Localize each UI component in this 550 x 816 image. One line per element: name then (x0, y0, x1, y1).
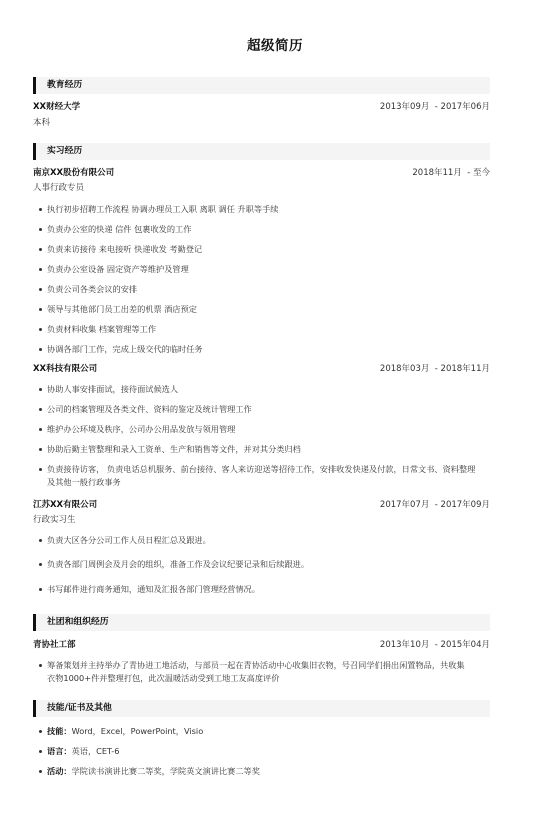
bullet-text: 负责办公室的快递 信件 包裹收发的工作 (47, 224, 191, 234)
job-title: 人事行政专员 (33, 182, 84, 195)
bullet-text: 负责办公室设备 固定资产等维护及管理 (47, 264, 189, 274)
bullet-icon (39, 448, 42, 451)
bullet-icon (39, 228, 42, 231)
club-entry: 青协社工部 2013年10月 - 2015年04月 (33, 639, 490, 652)
club-name: 青协社工部 (33, 639, 76, 652)
bullet-icon (39, 328, 42, 331)
company-name: XX科技有限公司 (33, 363, 97, 376)
school-name: XX财经大学 (33, 101, 80, 114)
section-education: 教育经历 (33, 77, 490, 94)
section-skills: 技能/证书及其他 (33, 700, 490, 717)
list-item: 负责来访接待 来电接听 快递收发 考勤登记 (39, 243, 479, 256)
company-name: 南京XX股份有限公司 (33, 167, 114, 180)
list-item: 公司的档案管理及各类文件、资料的鉴定及统计管理工作 (39, 403, 479, 416)
list-item: 领导与其他部门员工出差的机票 酒店预定 (39, 303, 479, 316)
bullet-text: 协调各部门工作，完成上级交代的临时任务 (47, 344, 203, 354)
bullet-icon (39, 428, 42, 431)
bullet-icon (39, 539, 42, 542)
bullet-text: 负责大区各分公司工作人员日程汇总及跟进。 (47, 535, 211, 545)
bullet-icon (39, 468, 42, 471)
bullet-icon (39, 588, 42, 591)
bullet-text: 协助后勤主管整理和录入工资单、生产和销售等文件，并对其分类归档 (47, 444, 301, 454)
bullet-text: 领导与其他部门员工出差的机票 酒店预定 (47, 304, 197, 314)
section-internship: 实习经历 (33, 143, 490, 160)
list-item: 负责办公室设备 固定资产等维护及管理 (39, 263, 479, 276)
list-item: 负责公司各类会议的安排 (39, 283, 479, 296)
bullet-icon (39, 308, 42, 311)
skill-value: 学院读书演讲比赛二等奖，学院英文演讲比赛二等奖 (72, 766, 260, 776)
date-range: 2013年09月 - 2017年06月 (380, 101, 490, 114)
list-item: 执行初步招聘工作流程 协调办理员工入职 离职 调任 升职等手续 (39, 203, 479, 216)
section-heading: 技能/证书及其他 (47, 702, 112, 715)
section-heading: 教育经历 (47, 79, 82, 92)
bullet-text: 公司的档案管理及各类文件、资料的鉴定及统计管理工作 (47, 404, 252, 414)
date-range: 2018年11月 - 至今 (412, 167, 490, 180)
bullet-icon (39, 208, 42, 211)
date-range: 2013年10月 - 2015年04月 (380, 639, 490, 652)
bullet-text: 负责公司各类会议的安排 (47, 284, 137, 294)
bullet-text: 执行初步招聘工作流程 协调办理员工入职 离职 调任 升职等手续 (47, 204, 278, 214)
bullet-icon (39, 770, 42, 773)
education-entry: XX财经大学 2013年09月 - 2017年06月 (33, 101, 490, 114)
job-entry: XX科技有限公司 2018年03月 - 2018年11月 (33, 363, 490, 376)
section-bar (33, 614, 36, 631)
skill-item: 活动：学院读书演讲比赛二等奖，学院英文演讲比赛二等奖 (39, 765, 479, 778)
degree: 本科 (33, 117, 50, 130)
bullet-icon (39, 348, 42, 351)
list-item: 负责各部门周例会及月会的组织，准备工作及会议纪要记录和后续跟进。 (39, 558, 479, 571)
bullet-icon (39, 388, 42, 391)
bullet-text: 书写邮件进行商务通知，通知及汇报各部门管理经营情况。 (47, 584, 260, 594)
bullet-icon (39, 563, 42, 566)
company-name: 江苏XX有限公司 (33, 499, 97, 512)
job-title: 行政实习生 (33, 514, 76, 527)
job-entry: 江苏XX有限公司 2017年07月 - 2017年09月 (33, 499, 490, 512)
section-bar (33, 700, 36, 717)
list-item: 书写邮件进行商务通知，通知及汇报各部门管理经营情况。 (39, 583, 479, 596)
bullet-icon (39, 268, 42, 271)
list-item: 负责材料收集 档案管理等工作 (39, 323, 479, 336)
list-item: 维护办公环境及秩序，公司办公用品发放与领用管理 (39, 423, 479, 436)
bullet-text: 负责接待访客， 负责电话总机服务、前台接待、客人来访迎送等招待工作，安排收发快递… (47, 464, 475, 487)
bullet-icon (39, 750, 42, 753)
skill-value: Word，Excel，PowerPoint，Visio (72, 726, 204, 736)
list-item: 负责接待访客， 负责电话总机服务、前台接待、客人来访迎送等招待工作，安排收发快递… (39, 463, 479, 489)
list-item: 协调各部门工作，完成上级交代的临时任务 (39, 343, 479, 356)
skill-value: 英语，CET-6 (72, 746, 120, 756)
bullet-text: 负责材料收集 档案管理等工作 (47, 324, 156, 334)
list-item: 负责大区各分公司工作人员日程汇总及跟进。 (39, 534, 479, 547)
bullet-text: 筹备策划并主持举办了青协进工地活动，与部员一起在青协活动中心收集旧衣物，号召同学… (47, 660, 465, 683)
bullet-text: 负责各部门周例会及月会的组织，准备工作及会议纪要记录和后续跟进。 (47, 559, 309, 569)
skill-item: 语言：英语，CET-6 (39, 745, 479, 758)
section-clubs: 社团和组织经历 (33, 614, 490, 631)
bullet-icon (39, 664, 42, 667)
bullet-text: 负责来访接待 来电接听 快递收发 考勤登记 (47, 244, 202, 254)
skill-label: 活动： (47, 766, 72, 776)
section-heading: 社团和组织经历 (47, 616, 109, 629)
list-item: 协助后勤主管整理和录入工资单、生产和销售等文件，并对其分类归档 (39, 443, 479, 456)
bullet-text: 维护办公环境及秩序，公司办公用品发放与领用管理 (47, 424, 235, 434)
date-range: 2017年07月 - 2017年09月 (380, 499, 490, 512)
date-range: 2018年03月 - 2018年11月 (380, 363, 490, 376)
section-bar (33, 143, 36, 160)
skill-item: 技能：Word，Excel，PowerPoint，Visio (39, 725, 479, 738)
section-heading: 实习经历 (47, 145, 82, 158)
skill-label: 语言： (47, 746, 72, 756)
bullet-icon (39, 248, 42, 251)
list-item: 协助人事安排面试，接待面试候选人 (39, 383, 479, 396)
job-entry: 南京XX股份有限公司 2018年11月 - 至今 (33, 167, 490, 180)
bullet-icon (39, 730, 42, 733)
section-bar (33, 77, 36, 94)
list-item: 筹备策划并主持举办了青协进工地活动，与部员一起在青协活动中心收集旧衣物，号召同学… (39, 659, 469, 685)
resume-title: 超级简历 (0, 34, 550, 54)
list-item: 负责办公室的快递 信件 包裹收发的工作 (39, 223, 479, 236)
bullet-text: 协助人事安排面试，接待面试候选人 (47, 384, 178, 394)
skill-label: 技能： (47, 726, 72, 736)
bullet-icon (39, 408, 42, 411)
bullet-icon (39, 288, 42, 291)
